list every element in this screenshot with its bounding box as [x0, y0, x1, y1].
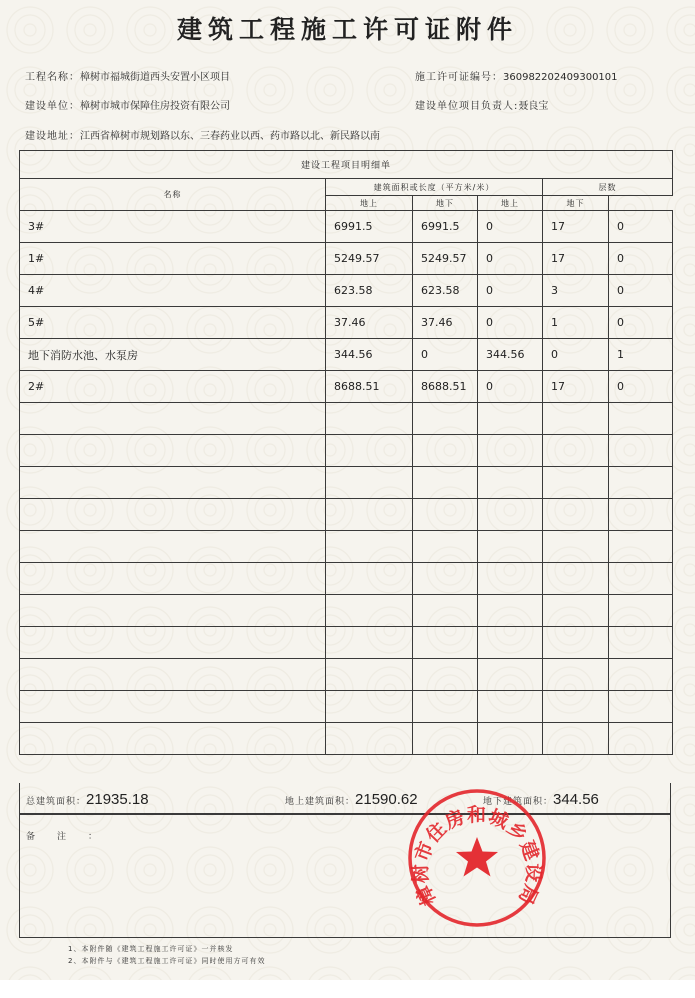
cell-floors-above: 17	[543, 371, 609, 403]
cell-floors-below: 0	[609, 243, 673, 275]
table-row-empty	[20, 723, 673, 755]
empty-cell	[543, 563, 609, 595]
document-title: 建筑工程施工许可证附件	[0, 10, 695, 46]
empty-cell	[478, 499, 543, 531]
builder-value: 樟树市城市保障住房投资有限公司	[80, 101, 230, 112]
empty-cell	[413, 563, 478, 595]
empty-cell	[609, 723, 673, 755]
empty-cell	[543, 403, 609, 435]
empty-cell	[413, 403, 478, 435]
empty-cell	[543, 691, 609, 723]
table-row-empty	[20, 467, 673, 499]
empty-cell	[543, 499, 609, 531]
address-label: 建设地址：	[25, 131, 80, 142]
total-area: 总建筑面积：21935.18	[26, 789, 149, 808]
table-title: 建设工程项目明细单	[20, 151, 673, 179]
remarks-label: 备注：	[26, 829, 119, 842]
empty-cell	[413, 691, 478, 723]
empty-cell	[20, 723, 326, 755]
cell-floors-above: 3	[543, 275, 609, 307]
empty-cell	[543, 531, 609, 563]
table-row-empty	[20, 403, 673, 435]
empty-cell	[326, 435, 413, 467]
empty-cell	[326, 403, 413, 435]
summary-row: 总建筑面积：21935.18 地上建筑面积：21590.62 地下建筑面积：34…	[19, 783, 671, 814]
table-row-empty	[20, 627, 673, 659]
empty-cell	[20, 435, 326, 467]
cell-area: 623.58	[326, 275, 413, 307]
cell-floors-below: 0	[609, 211, 673, 243]
empty-cell	[413, 499, 478, 531]
empty-cell	[326, 691, 413, 723]
cell-area-below: 0	[478, 243, 543, 275]
project-name-value: 樟树市福城街道西头安置小区项目	[80, 72, 230, 83]
empty-cell	[478, 595, 543, 627]
remarks-box: 备注：	[19, 814, 671, 938]
cell-area-above: 6991.5	[413, 211, 478, 243]
manager-field: 建设单位项目负责人:聂良宝	[415, 97, 548, 112]
manager-label: 建设单位项目负责人:	[415, 101, 518, 112]
cell-area-above: 623.58	[413, 275, 478, 307]
cell-area-above: 37.46	[413, 307, 478, 339]
table-row: 5#37.4637.46010	[20, 307, 673, 339]
total-area-value: 21935.18	[86, 791, 149, 808]
permit-number-label: 施工许可证编号：	[415, 72, 503, 83]
empty-cell	[413, 435, 478, 467]
table-row-empty	[20, 563, 673, 595]
empty-cell	[609, 531, 673, 563]
project-detail-table: 建设工程项目明细单 名称 建筑面积或长度（平方米/米） 层数 地上 地下 地上 …	[19, 150, 673, 755]
empty-cell	[609, 499, 673, 531]
empty-cell	[609, 403, 673, 435]
cell-area-below: 0	[478, 307, 543, 339]
empty-cell	[20, 467, 326, 499]
empty-cell	[543, 435, 609, 467]
empty-cell	[326, 531, 413, 563]
empty-cell	[478, 531, 543, 563]
cell-floors-above: 17	[543, 243, 609, 275]
column-header-floors-above: 地上	[478, 196, 543, 211]
cell-floors-above: 0	[543, 339, 609, 371]
empty-cell	[609, 627, 673, 659]
cell-area-above: 5249.57	[413, 243, 478, 275]
cell-name: 4#	[20, 275, 326, 307]
cell-area: 8688.51	[326, 371, 413, 403]
cell-name: 5#	[20, 307, 326, 339]
address-field: 建设地址：江西省樟树市规划路以东、三春药业以西、药市路以北、新民路以南	[25, 127, 380, 142]
empty-cell	[326, 467, 413, 499]
cell-area-above: 8688.51	[413, 371, 478, 403]
empty-cell	[20, 627, 326, 659]
cell-floors-below: 1	[609, 339, 673, 371]
empty-cell	[609, 467, 673, 499]
above-ground-area-label: 地上建筑面积：	[285, 797, 355, 807]
empty-cell	[478, 627, 543, 659]
empty-cell	[326, 627, 413, 659]
below-ground-area-value: 344.56	[553, 791, 599, 808]
table-body: 3#6991.56991.501701#5249.575249.5701704#…	[20, 211, 673, 755]
cell-area: 6991.5	[326, 211, 413, 243]
table-row: 4#623.58623.58030	[20, 275, 673, 307]
empty-cell	[609, 595, 673, 627]
cell-area-below: 0	[478, 211, 543, 243]
table-row: 1#5249.575249.570170	[20, 243, 673, 275]
column-header-floors: 层数	[543, 179, 673, 196]
empty-cell	[413, 723, 478, 755]
empty-cell	[413, 659, 478, 691]
column-header-floors-below: 地下	[543, 196, 609, 211]
empty-cell	[326, 499, 413, 531]
cell-floors-above: 1	[543, 307, 609, 339]
column-header-area-below: 地下	[413, 196, 478, 211]
empty-cell	[326, 563, 413, 595]
empty-cell	[326, 659, 413, 691]
total-area-label: 总建筑面积：	[26, 797, 86, 807]
empty-cell	[609, 659, 673, 691]
empty-cell	[543, 659, 609, 691]
document-paper: 建筑工程施工许可证附件 工程名称：樟树市福城街道西头安置小区项目 施工许可证编号…	[0, 0, 695, 980]
empty-cell	[20, 659, 326, 691]
table-row: 3#6991.56991.50170	[20, 211, 673, 243]
cell-area-above: 0	[413, 339, 478, 371]
empty-cell	[478, 659, 543, 691]
empty-cell	[20, 499, 326, 531]
cell-area-below: 0	[478, 371, 543, 403]
cell-area-below: 344.56	[478, 339, 543, 371]
cell-floors-below: 0	[609, 371, 673, 403]
project-name-field: 工程名称：樟树市福城街道西头安置小区项目	[25, 68, 230, 83]
table-row: 2#8688.518688.510170	[20, 371, 673, 403]
column-header-area-above: 地上	[326, 196, 413, 211]
manager-value: 聂良宝	[518, 101, 548, 112]
builder-label: 建设单位：	[25, 101, 80, 112]
empty-cell	[543, 467, 609, 499]
cell-floors-below: 0	[609, 275, 673, 307]
permit-number-value: 360982202409300101	[503, 72, 618, 83]
cell-name: 2#	[20, 371, 326, 403]
empty-cell	[609, 563, 673, 595]
column-header-name: 名称	[20, 179, 326, 211]
empty-cell	[20, 403, 326, 435]
table-row-empty	[20, 659, 673, 691]
cell-name: 地下消防水池、水泵房	[20, 339, 326, 371]
empty-cell	[478, 403, 543, 435]
empty-cell	[478, 723, 543, 755]
empty-cell	[413, 595, 478, 627]
cell-area: 5249.57	[326, 243, 413, 275]
cell-floors-above: 17	[543, 211, 609, 243]
footnote-2: 2、本附件与《建筑工程施工许可证》同时使用方可有效	[68, 955, 265, 967]
cell-floors-below: 0	[609, 307, 673, 339]
empty-cell	[478, 467, 543, 499]
empty-cell	[326, 723, 413, 755]
cell-area-below: 0	[478, 275, 543, 307]
empty-cell	[478, 691, 543, 723]
footnotes: 1、本附件随《建筑工程施工许可证》一并核发 2、本附件与《建筑工程施工许可证》同…	[68, 943, 265, 967]
empty-cell	[20, 595, 326, 627]
empty-cell	[413, 531, 478, 563]
official-seal-icon: 樟树市住房和城乡建设局	[402, 785, 552, 930]
table-row-empty	[20, 531, 673, 563]
footnote-1: 1、本附件随《建筑工程施工许可证》一并核发	[68, 943, 265, 955]
permit-number-field: 施工许可证编号：360982202409300101	[415, 68, 618, 83]
empty-cell	[20, 531, 326, 563]
empty-cell	[20, 563, 326, 595]
table-row-empty	[20, 595, 673, 627]
empty-cell	[20, 691, 326, 723]
empty-cell	[543, 723, 609, 755]
above-ground-area: 地上建筑面积：21590.62	[285, 789, 418, 808]
empty-cell	[413, 467, 478, 499]
address-value: 江西省樟树市规划路以东、三春药业以西、药市路以北、新民路以南	[80, 131, 380, 142]
column-header-area: 建筑面积或长度（平方米/米）	[326, 179, 543, 196]
empty-cell	[413, 627, 478, 659]
cell-name: 3#	[20, 211, 326, 243]
table-row: 地下消防水池、水泵房344.560344.5601	[20, 339, 673, 371]
empty-cell	[478, 563, 543, 595]
builder-field: 建设单位：樟树市城市保障住房投资有限公司	[25, 97, 230, 112]
table-row-empty	[20, 435, 673, 467]
empty-cell	[543, 627, 609, 659]
empty-cell	[478, 435, 543, 467]
empty-cell	[609, 435, 673, 467]
cell-area: 344.56	[326, 339, 413, 371]
table-row-empty	[20, 691, 673, 723]
cell-area: 37.46	[326, 307, 413, 339]
empty-cell	[543, 595, 609, 627]
empty-cell	[326, 595, 413, 627]
project-name-label: 工程名称：	[25, 72, 80, 83]
empty-cell	[609, 691, 673, 723]
cell-name: 1#	[20, 243, 326, 275]
table-row-empty	[20, 499, 673, 531]
